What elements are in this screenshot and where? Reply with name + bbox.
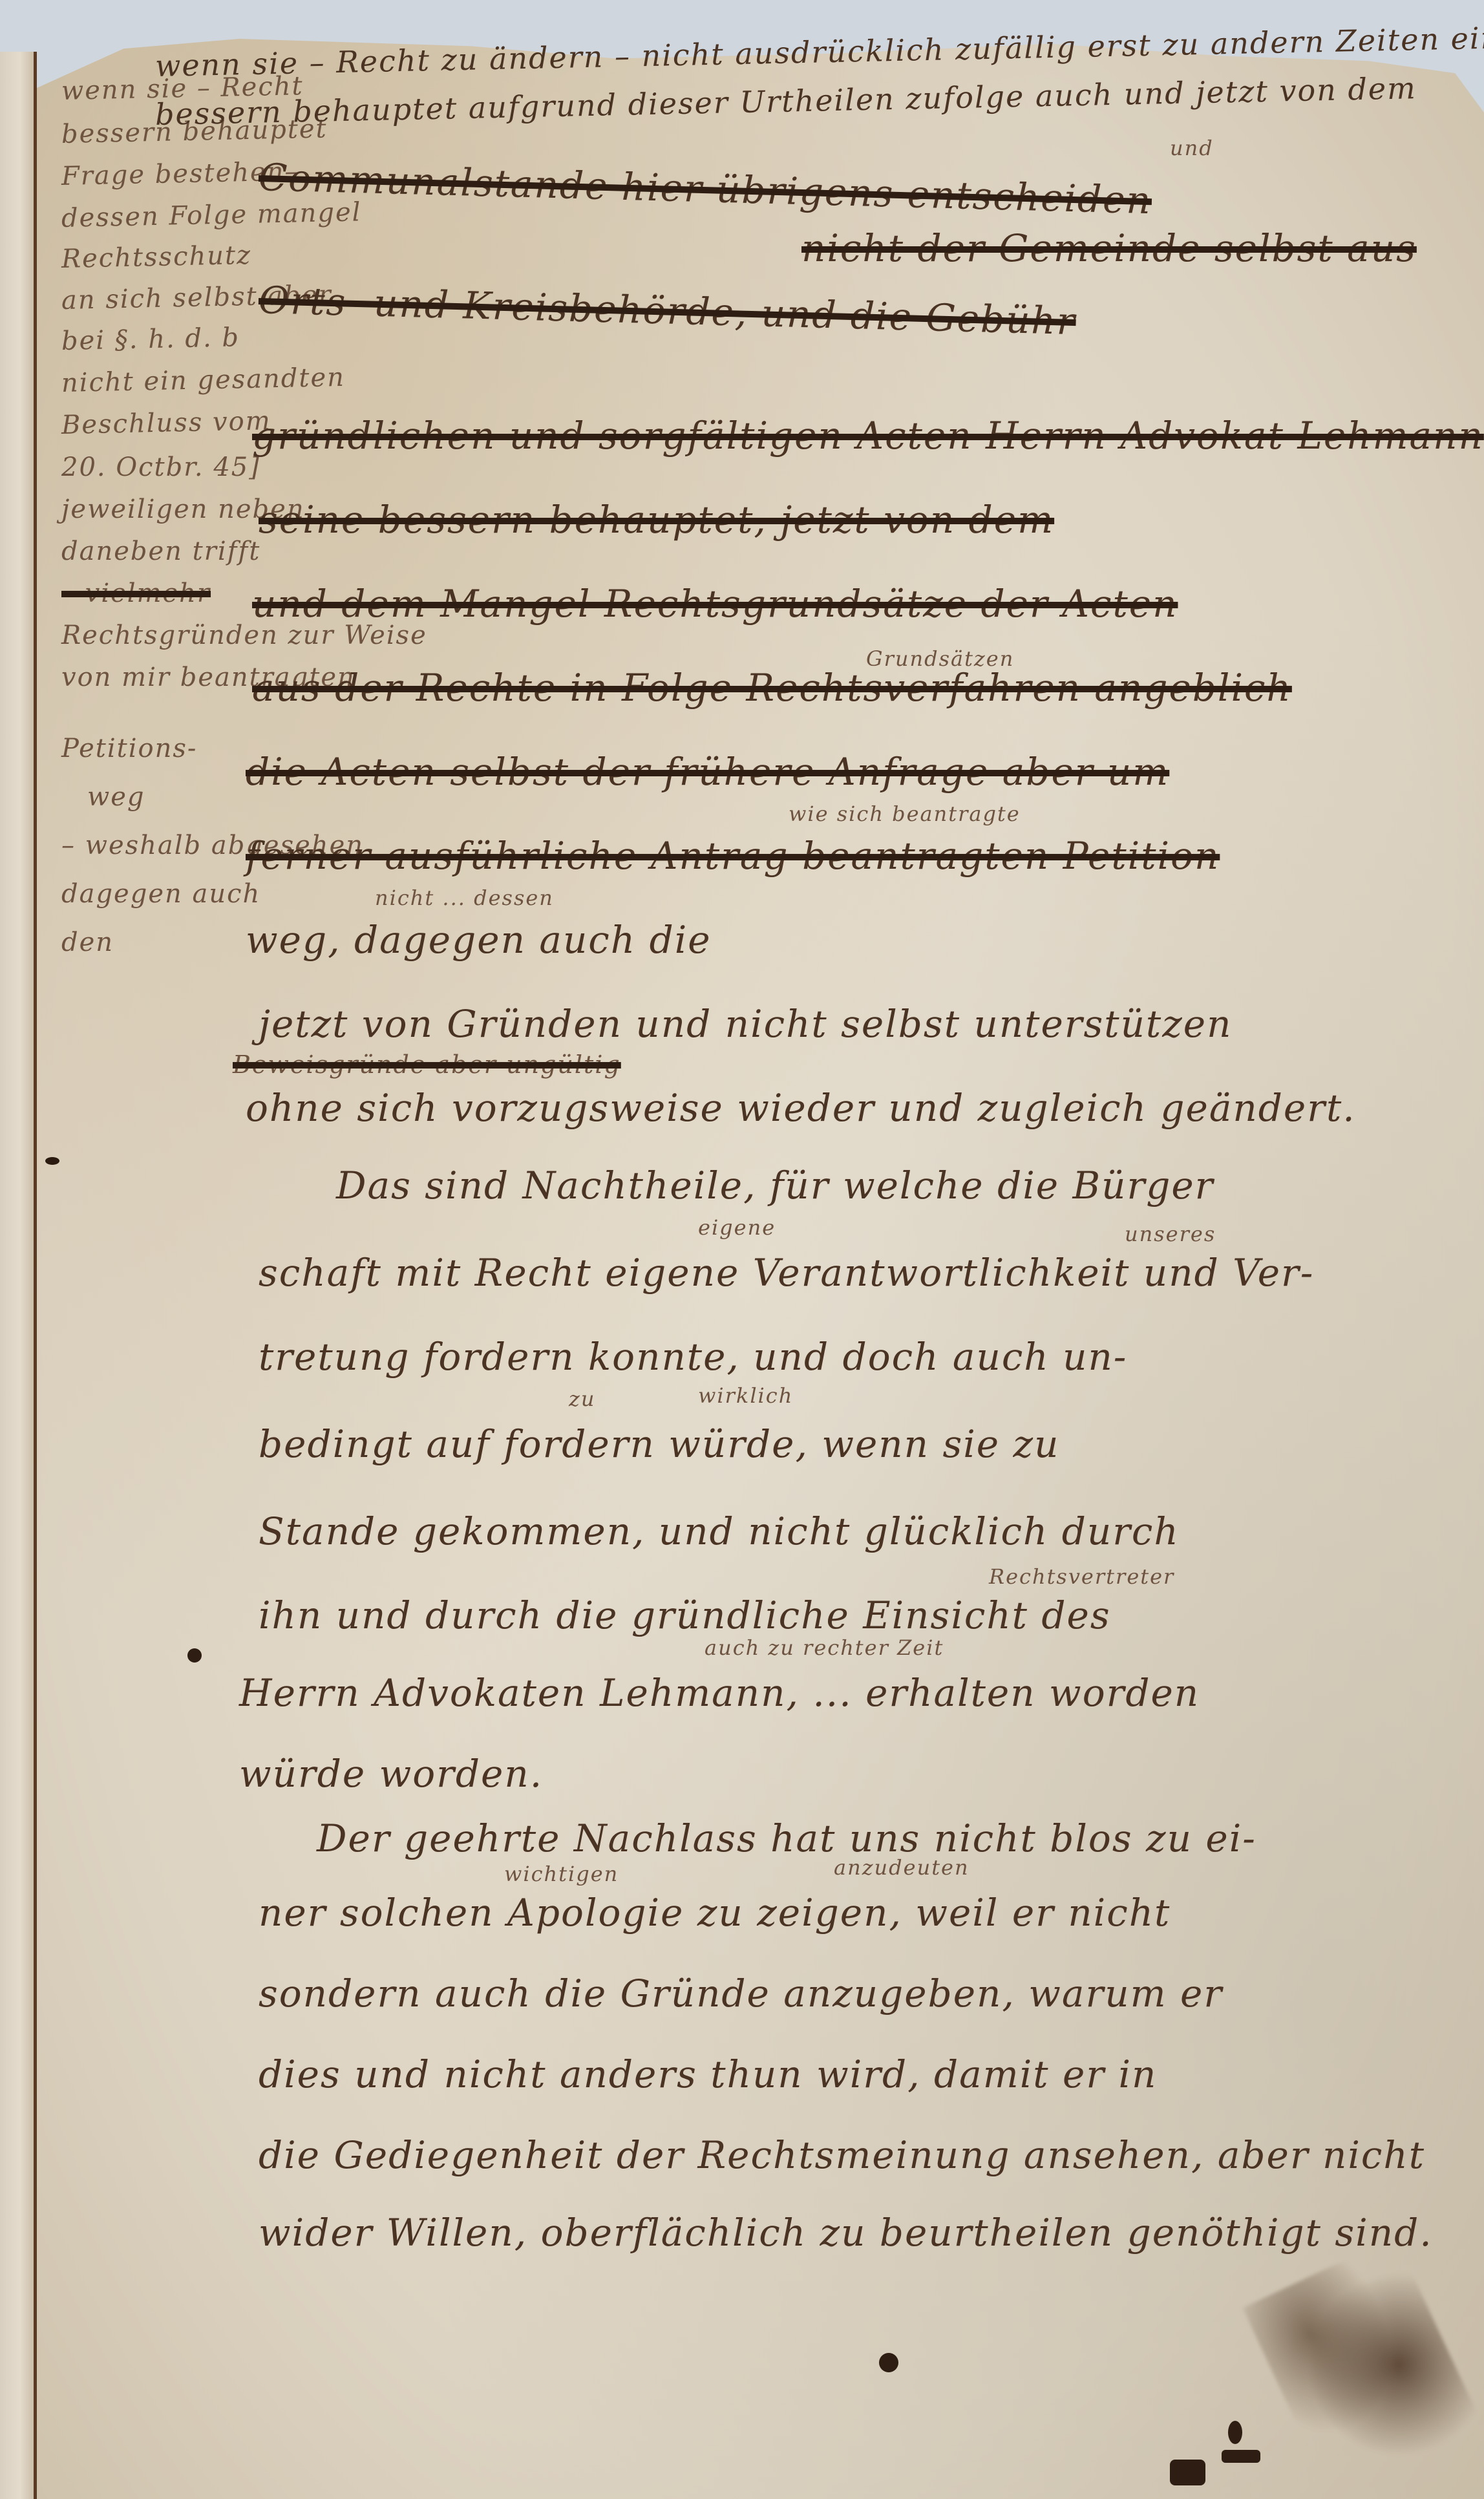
interlinear-insert: auch zu rechter Zeit — [705, 1635, 944, 1660]
book-binding-edge — [0, 52, 37, 2499]
interlinear-insert: eigene — [698, 1215, 776, 1240]
struck-line: die Acten selbst der frühere Anfrage abe… — [246, 750, 1169, 794]
struck-line: und dem Mangel Rechtsgrundsätze der Acte… — [252, 582, 1178, 626]
paragraph-line: bedingt auf fordern würde, wenn sie zu — [259, 1422, 1059, 1466]
struck-line: gründlichen und sorgfältigen Acten Herrn… — [252, 414, 1484, 458]
margin-note: bei §. h. d. b — [61, 323, 240, 356]
ink-spot — [187, 1648, 202, 1663]
interlinear-insert: anzudeuten — [834, 1855, 970, 1880]
margin-note: Petitions- — [61, 734, 197, 763]
margin-note: 20. Octbr. 45] — [61, 452, 260, 482]
margin-note: – vielmehr — [61, 579, 211, 608]
revised-line: jetzt von Gründen und nicht selbst unter… — [259, 1002, 1232, 1046]
struck-line: seine bessern behauptet, jetzt von dem — [259, 498, 1054, 542]
paragraph-line: dies und nicht anders thun wird, damit e… — [259, 2052, 1157, 2096]
paragraph-line: Herrn Advokaten Lehmann, ... erhalten wo… — [239, 1671, 1200, 1715]
margin-note: Beschluss vom — [61, 406, 272, 440]
interlinear-insert: unseres — [1125, 1222, 1216, 1246]
paragraph-line: wider Willen, oberflächlich zu beurtheil… — [259, 2211, 1433, 2255]
paragraph-line: sondern auch die Gründe anzugeben, warum… — [259, 1972, 1223, 2015]
paragraph-line: Das sind Nachtheile, für welche die Bürg… — [336, 1164, 1214, 1207]
interlinear-insert: nicht ... dessen — [375, 886, 554, 910]
revised-line: ohne sich vorzugsweise wieder und zuglei… — [246, 1086, 1356, 1130]
interlinear-insert: und — [1170, 136, 1214, 160]
paragraph-line: Der geehrte Nachlass hat uns nicht blos … — [317, 1816, 1256, 1860]
interlinear-insert: wie sich beantragte — [789, 802, 1021, 826]
margin-note: daneben trifft — [61, 537, 260, 566]
paper-hole — [45, 1157, 59, 1165]
margin-note: nicht ein gesandten — [61, 363, 346, 398]
interlinear-insert: wichtigen — [504, 1862, 619, 1886]
ink-spot — [1170, 2460, 1205, 2485]
revised-line: Beweisgründe aber ungültig — [233, 1050, 621, 1079]
paragraph-line: die Gediegenheit der Rechtsmeinung anseh… — [259, 2133, 1425, 2177]
interlinear-insert: wirklich — [698, 1383, 793, 1408]
struck-line: weg, dagegen auch die — [246, 918, 712, 962]
margin-note: weg — [87, 782, 145, 812]
paragraph-line: schaft mit Recht eigene Verantwortlichke… — [259, 1251, 1314, 1295]
paragraph-line: würde worden. — [239, 1752, 543, 1796]
paragraph-line: Stande gekommen, und nicht glücklich dur… — [259, 1509, 1180, 1553]
interlinear-insert: Rechtsvertreter — [989, 1564, 1174, 1589]
ink-spot — [879, 2353, 898, 2372]
margin-note: den — [61, 928, 114, 957]
interlinear-insert: Grundsätzen — [866, 646, 1014, 671]
margin-note: dagegen auch — [61, 879, 260, 909]
interlinear-insert: zu — [569, 1387, 595, 1411]
paragraph-line: ner solchen Apologie zu zeigen, weil er … — [259, 1891, 1171, 1935]
paragraph-line: tretung fordern konnte, und doch auch un… — [259, 1335, 1127, 1379]
margin-note: dessen Folge mangel — [61, 197, 362, 233]
margin-note: Rechtsschutz — [61, 240, 252, 274]
ink-spot — [1228, 2421, 1242, 2444]
struck-line: nicht der Gemeinde selbst aus — [801, 226, 1417, 270]
struck-line: aus der Rechte in Folge Rechtsverfahren … — [252, 666, 1292, 710]
struck-line: ferner ausführliche Antrag beantragten P… — [246, 834, 1220, 878]
paragraph-line: ihn und durch die gründliche Einsicht de… — [259, 1593, 1111, 1637]
ink-spot — [1222, 2450, 1260, 2463]
